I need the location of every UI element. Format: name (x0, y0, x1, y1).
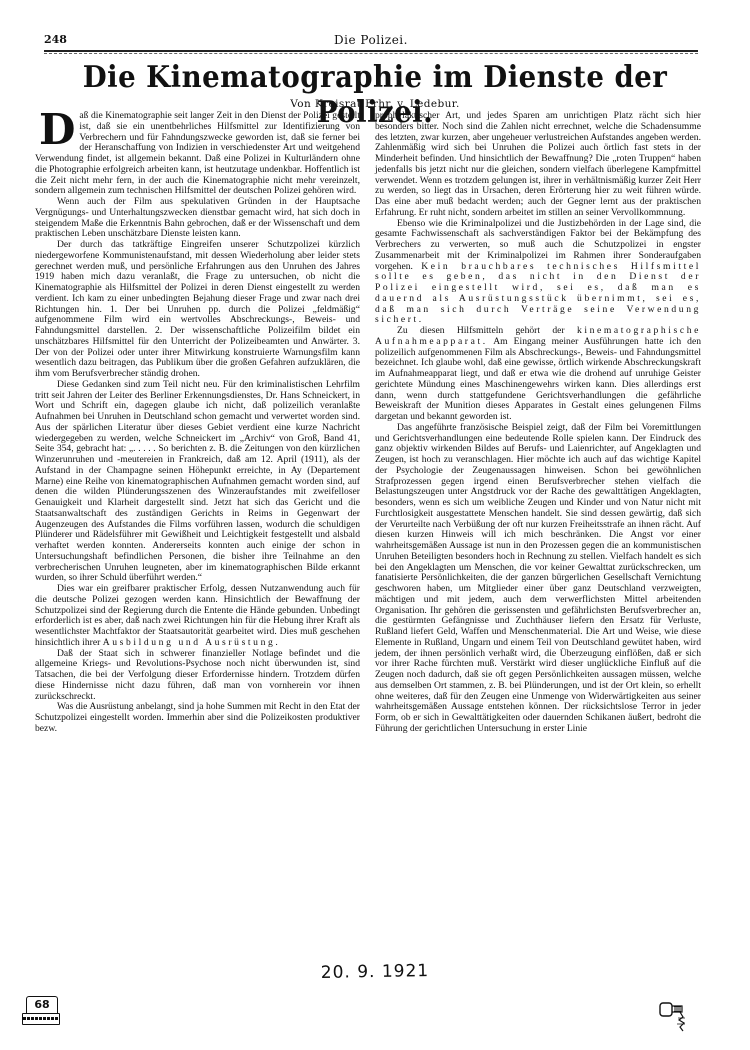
paragraph: Ebenso wie die Kriminalpolizei und die J… (375, 219, 701, 327)
paragraph: Was die Ausrüstung anbelangt, sind ja ho… (35, 702, 360, 734)
computer-terminal-icon: 68 (22, 996, 60, 1026)
header-rule (44, 50, 698, 54)
paragraph: Dies war ein greifbarer praktischer Erfo… (35, 584, 360, 649)
film-projector-icon (658, 1000, 690, 1034)
paragraph: Der durch das tatkräftige Eingreifen uns… (35, 240, 360, 380)
left-column: Daß die Kinematographie seit langer Zeit… (35, 111, 360, 735)
drop-cap: D (39, 113, 75, 147)
paragraph: Das angeführte französische Beispiel zei… (375, 423, 701, 735)
paragraph: Wenn auch der Film aus spekulativen Grün… (35, 197, 360, 240)
spaced-emphasis: Kein brauchbares technisches Hilfsmittel… (375, 261, 701, 326)
paragraph: Diese Gedanken sind zum Teil nicht neu. … (35, 380, 360, 584)
paragraph: Daß der Staat sich in schwerer finanziel… (35, 649, 360, 703)
right-column: prophylaktischer Art, und jedes Sparen a… (375, 111, 701, 735)
byline: Von Kreisrat Frhr. v. Ledebur. (0, 98, 750, 110)
page-header: 248 Die Polizei. (44, 33, 698, 49)
handwritten-date: 20. 9. 1921 (0, 955, 750, 988)
spaced-emphasis: Ausbildung und Ausrüstung. (103, 637, 281, 648)
paragraph: Zu diesen Hilfsmitteln gehört der kinema… (375, 326, 701, 423)
keyboard-shape (22, 1013, 60, 1025)
paragraph: Daß die Kinematographie seit langer Zeit… (35, 111, 360, 197)
archive-stamp-number: 68 (26, 996, 58, 1013)
paragraph: prophylaktischer Art, und jedes Sparen a… (375, 111, 701, 219)
running-title: Die Polizei. (44, 33, 698, 47)
